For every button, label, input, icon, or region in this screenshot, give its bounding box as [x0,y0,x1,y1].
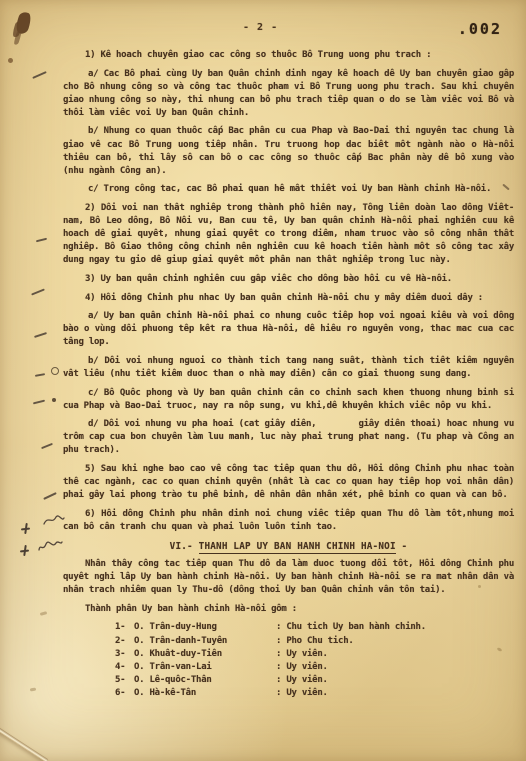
scanned-document-page: - 2 - .002 1) Kê hoach chuyên giao cac c… [0,0,526,761]
paper-speck [30,688,36,692]
section-vi-heading: VI.- THANH LAP UY BAN HANH CHINH HA-NOI … [63,540,514,553]
paper-fold-crease [0,725,48,761]
paragraph-1a: a/ Cac Bô phai cùng Uy ban Quân chinh di… [63,68,514,120]
member-number: 6- [115,687,134,700]
member-role: : Uy viên. [276,661,514,674]
handwritten-note [36,537,64,554]
member-role: : Uy viên. [276,687,514,700]
paper-speck [478,585,481,588]
section-vi-heading-suffix: - [396,541,408,552]
committee-member-row: 3- O. Khuât-duy-Tiên : Uy viên. [115,648,514,661]
member-number: 5- [115,674,134,687]
member-number: 1- [115,621,134,634]
member-role: : Uy viên. [276,674,514,687]
archive-stamp-number: .002 [458,20,502,38]
paragraph-1c: c/ Trong công tac, cac Bô phai quan hê m… [63,183,514,196]
section-vi-heading-prefix: VI.- [170,541,199,552]
member-name: O. Hà-kê-Tân [134,687,276,700]
ink-dot [8,58,13,63]
member-role: : Pho Chu tich. [276,635,514,648]
handwritten-note [42,513,66,528]
member-role: : Uy viên. [276,648,514,661]
member-number: 4- [115,661,134,674]
ink-blot [14,11,33,36]
paragraph-4d: d/ Dôi voi nhung vu pha hoai (cat giây d… [63,418,514,457]
pen-circle-mark [51,367,59,375]
paper-speck [40,611,48,616]
pen-dash-mark [35,373,45,377]
section-vi-intro: Nhân thây công tac tiêp quan Thu dô da l… [63,558,514,597]
paragraph-6: 6) Hôi dông Chinh phu nhân dinh noi chun… [63,508,514,534]
pen-dash-mark [33,400,45,405]
committee-member-row: 6- O. Hà-kê-Tân : Uy viên. [115,687,514,700]
committee-member-row: 2- O. Trân-danh-Tuyên : Pho Chu tich. [115,635,514,648]
member-name: O. Trân-danh-Tuyên [134,635,276,648]
paragraph-5: 5) Sau khi nghe bao cao vê công tac tiêp… [63,463,514,502]
member-number: 3- [115,648,134,661]
member-name: O. Lê-quôc-Thân [134,674,276,687]
pen-dash-mark [31,288,45,295]
pen-dash-mark [43,492,57,500]
pen-dash-mark [32,71,47,79]
committee-member-row: 4- O. Trân-van-Lai : Uy viên. [115,661,514,674]
pen-dash-mark [36,238,47,243]
paragraph-4c: c/ Bô Quôc phong và Uy ban quân chinh câ… [63,387,514,413]
pen-dot-mark [52,398,56,402]
member-number: 2- [115,635,134,648]
committee-list-intro: Thành phân Uy ban hành chinh Hà-nôi gôm … [63,603,514,616]
member-name: O. Trân-duy-Hung [134,621,276,634]
committee-member-row: 1- O. Trân-duy-Hung : Chu tich Uy ban hà… [115,621,514,634]
pen-plus-mark [21,523,30,534]
member-name: O. Trân-van-Lai [134,661,276,674]
paper-speck [162,640,165,643]
document-body: 1) Kê hoach chuyên giao cac công so thuô… [63,49,514,700]
section-vi-heading-title: THANH LAP UY BAN HANH CHINH HA-NOI [199,541,396,554]
pen-dash-mark [41,443,53,449]
paragraph-4b: b/ Dôi voi nhung nguoi co thành tich tan… [63,355,514,381]
paragraph-2: 2) Dôi voi nan thât nghiêp trong thành p… [63,202,514,267]
paragraph-1b: b/ Nhung co quan thuôc cấp Bac phân cu c… [63,125,514,177]
member-name: O. Khuât-duy-Tiên [134,648,276,661]
paragraph-4a: a/ Uy ban quân chinh Hà-nôi phai co nhun… [63,310,514,349]
paragraph-3: 3) Uy ban quân chinh nghiên cuu gâp viêc… [63,273,514,286]
paragraph-4: 4) Hôi dông Chinh phu nhac Uy ban quân c… [63,292,514,305]
committee-member-row: 5- O. Lê-quôc-Thân : Uy viên. [115,674,514,687]
paragraph-1: 1) Kê hoach chuyên giao cac công so thuô… [63,49,514,62]
committee-member-list: 1- O. Trân-duy-Hung : Chu tich Uy ban hà… [63,621,514,700]
page-number: - 2 - [243,22,278,33]
pen-dash-mark [34,332,47,338]
pen-plus-mark [20,545,29,556]
member-role: : Chu tich Uy ban hành chinh. [276,621,514,634]
